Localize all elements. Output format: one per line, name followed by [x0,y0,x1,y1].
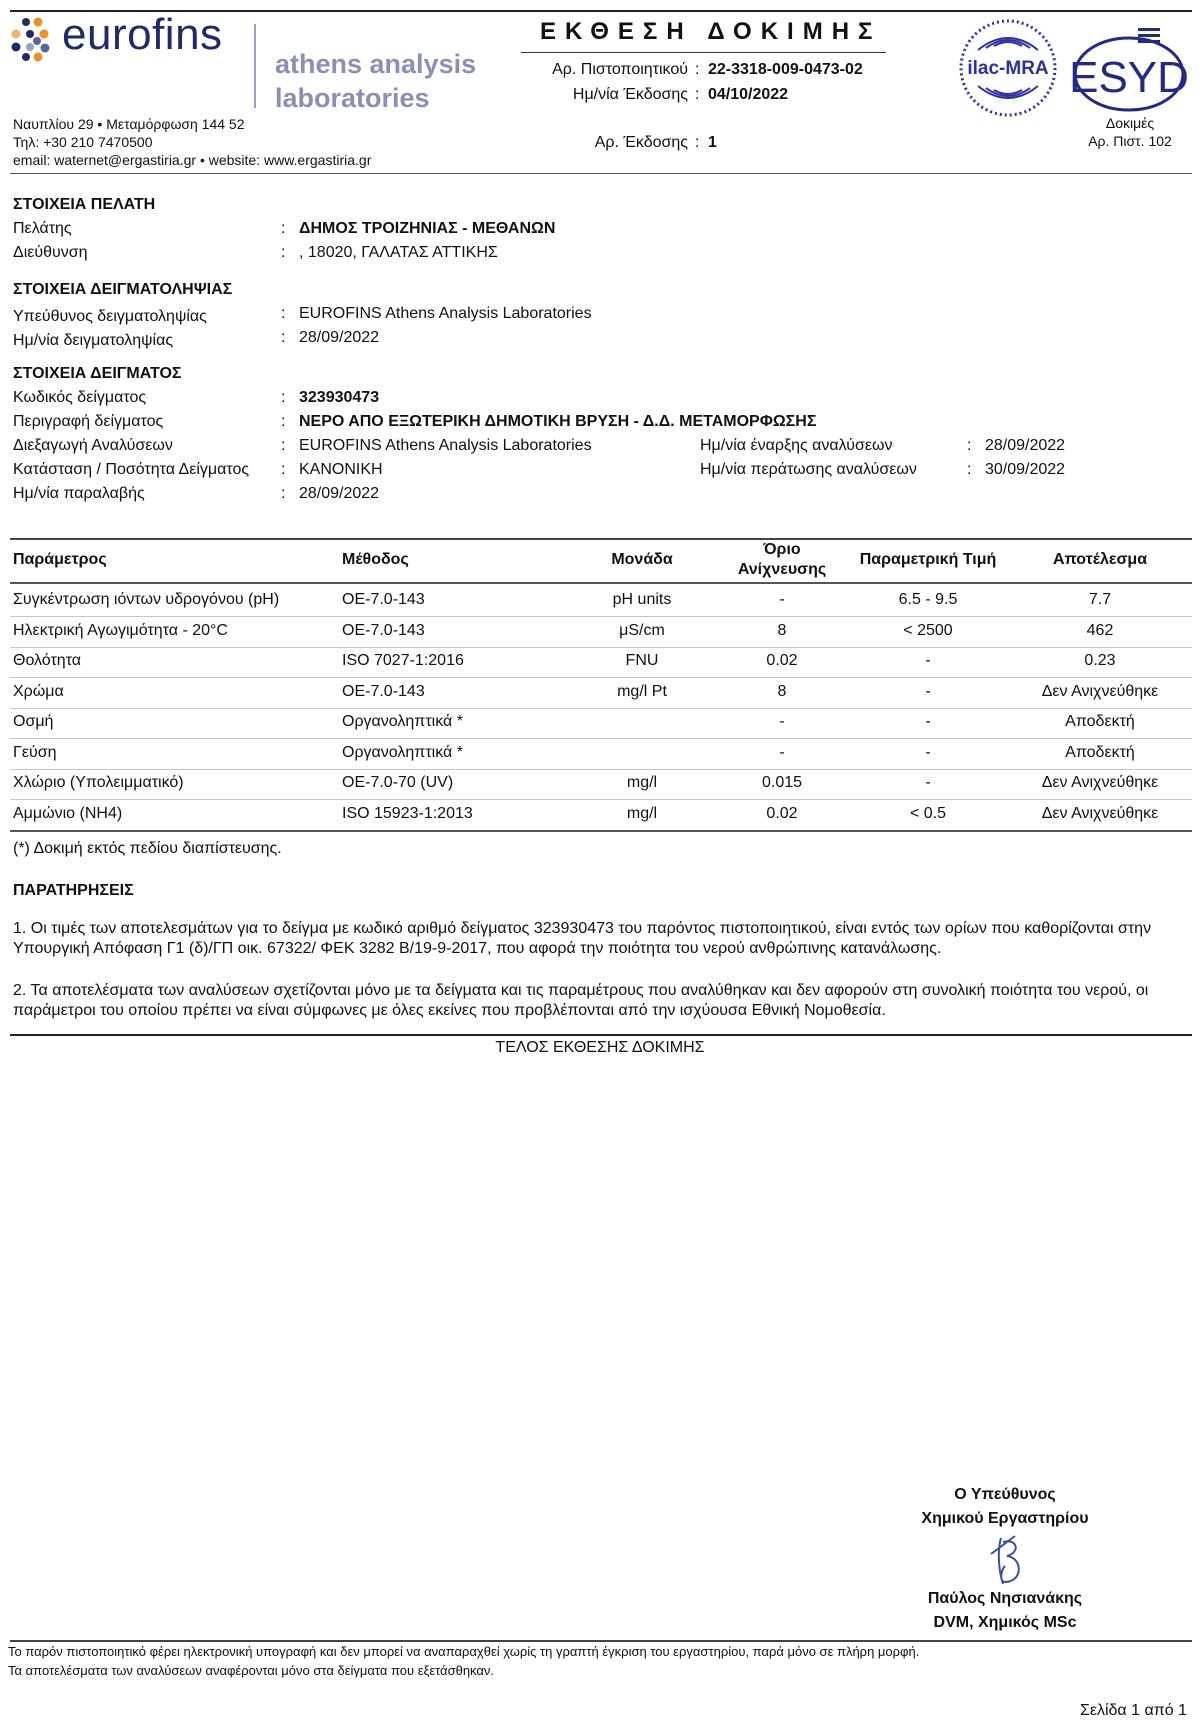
footer-rule [10,1640,1192,1642]
colon: : [695,134,699,152]
cell-parametric-value: 6.5 - 9.5 [848,591,1008,609]
cell-parametric-value: - [848,774,1008,792]
sampling-section-title: ΣΤΟΙΧΕΙΑ ΔΕΙΓΜΑΤΟΛΗΨΙΑΣ [13,281,232,299]
col-header-parametric: Παραμετρική Τιμή [848,551,1008,569]
issue-date-label: Ημ/νία Έκδοσης [480,86,688,104]
logo-divider [254,24,256,108]
lab-contact: email: waternet@ergastiria.gr • website:… [13,151,371,169]
receipt-date-value: 28/09/2022 [299,485,379,503]
sampling-date-label: Ημ/νία δειγματοληψίας [13,332,173,350]
cell-detection-limit: 0.02 [722,805,842,823]
colon: : [281,437,285,455]
eurofins-logo: eurofins [10,14,230,64]
cell-method: OE-7.0-143 [342,683,572,701]
cell-parameter: Χρώμα [13,683,333,701]
receipt-date-label: Ημ/νία παραλαβής [13,485,145,503]
accreditation-line2: Αρ. Πιστ. 102 [1075,133,1185,149]
signatory-credentials: DVM, Χημικός MSc [880,1614,1130,1632]
analysis-end-label: Ημ/νία περάτωσης αναλύσεων [700,461,917,479]
sample-section-title: ΣΤΟΙΧΕΙΑ ΔΕΙΓΜΑΤΟΣ [13,365,182,383]
accreditation-line1: Δοκιμές [1080,115,1180,131]
cell-result: 0.23 [1020,652,1180,670]
colon: : [695,86,699,104]
remarks-bottom-rule [10,1034,1192,1036]
cell-parameter: Αμμώνιο (NH4) [13,805,333,823]
cell-detection-limit: 0.02 [722,652,842,670]
remark-2: 2. Τα αποτελέσματα των αναλύσεων σχετίζο… [13,981,1193,1021]
col-header-lod-line1: Όριο [722,541,842,559]
lab-name-line2: laboratories [275,82,430,115]
issue-date: 04/10/2022 [708,86,788,104]
lab-name-line1: athens analysis [275,48,476,81]
cell-unit: mg/l [582,774,702,792]
col-header-result: Αποτέλεσμα [1020,551,1180,569]
cell-parameter: Οσμή [13,713,333,731]
colon: : [281,220,285,238]
colon: : [281,389,285,407]
cell-parametric-value: - [848,652,1008,670]
issue-no: 1 [708,134,717,152]
remark-1: 1. Οι τιμές των αποτελεσμάτων για το δεί… [13,919,1193,959]
cell-unit: FNU [582,652,702,670]
cell-unit: mg/l [582,805,702,823]
footer-disclaimer-2: Τα αποτελέσματα των αναλύσεων αναφέροντα… [8,1662,494,1680]
table-footnote: (*) Δοκιμή εκτός πεδίου διαπίστευσης. [13,840,282,858]
ilac-mra-logo: ilac-MRA [958,18,1058,118]
cell-parametric-value: - [848,744,1008,762]
row-divider [10,616,1192,617]
cell-parametric-value: - [848,713,1008,731]
sampler-value: EUROFINS Athens Analysis Laboratories [299,305,592,323]
colon: : [281,485,285,503]
cell-detection-limit: 8 [722,683,842,701]
certificate-no-label: Αρ. Πιστοποιητικού [480,61,688,79]
client-value: ΔΗΜΟΣ ΤΡΟΙΖΗΝΙΑΣ - ΜΕΘΑΝΩΝ [299,220,555,238]
sample-status-label: Κατάσταση / Ποσότητα Δείγματος [13,461,249,479]
footer-disclaimer-1: Το παρόν πιστοποιητικό φέρει ηλεκτρονική… [8,1643,919,1661]
title-underline [521,52,886,53]
cell-parameter: Θολότητα [13,652,333,670]
address-label: Διεύθυνση [13,244,88,262]
analysis-performed-label: Διεξαγωγή Αναλύσεων [13,437,173,455]
esyd-icon: ESYD [1072,24,1190,116]
svg-text:ESYD: ESYD [1072,53,1189,102]
cell-result: Δεν Ανιχνεύθηκε [1020,805,1180,823]
col-header-method: Μέθοδος [342,551,409,569]
signatory-role-line2: Χημικού Εργαστηρίου [880,1510,1130,1528]
cell-parameter: Χλώριο (Υπολειμματικό) [13,774,333,792]
analysis-end-value: 30/09/2022 [985,461,1065,479]
cell-method: Οργανοληπτικά * [342,744,572,762]
svg-text:ilac-MRA: ilac-MRA [967,58,1049,79]
colon: : [281,329,285,347]
colon: : [281,305,285,323]
colon: : [281,461,285,479]
remarks-title: ΠΑΡΑΤΗΡΗΣΕΙΣ [13,882,134,900]
signatory-role-line1: Ο Υπεύθυνος [880,1486,1130,1504]
cell-method: ISO 15923-1:2013 [342,805,572,823]
row-divider [10,738,1192,739]
client-section-title: ΣΤΟΙΧΕΙΑ ΠΕΛΑΤΗ [13,196,155,214]
cell-result: 462 [1020,622,1180,640]
client-label: Πελάτης [13,220,72,238]
row-divider [10,647,1192,648]
esyd-logo: ESYD [1072,24,1190,116]
cell-parametric-value: - [848,683,1008,701]
table-bottom-rule [10,830,1192,832]
signature-icon [983,1532,1033,1588]
cell-result: 7.7 [1020,591,1180,609]
sample-description-value: ΝΕΡΟ ΑΠΟ ΕΞΩΤΕΡΙΚΗ ΔΗΜΟΤΙΚΗ ΒΡΥΣΗ - Δ.Δ.… [299,413,816,431]
colon: : [967,461,971,479]
eurofins-dots-icon [10,16,54,62]
col-header-parameter: Παράμετρος [13,551,107,569]
cell-result: Αποδεκτή [1020,744,1180,762]
cell-detection-limit: - [722,744,842,762]
sampling-date-value: 28/09/2022 [299,329,379,347]
cell-result: Αποδεκτή [1020,713,1180,731]
analysis-start-value: 28/09/2022 [985,437,1065,455]
lab-phone: Τηλ: +30 210 7470500 [13,133,152,151]
analysis-start-label: Ημ/νία έναρξης αναλύσεων [700,437,893,455]
table-top-rule [10,538,1192,540]
cell-detection-limit: 8 [722,622,842,640]
brand-name: eurofins [62,10,223,60]
sample-code-label: Κωδικός δείγματος [13,389,146,407]
table-header-rule [10,582,1192,584]
colon: : [281,244,285,262]
cell-result: Δεν Ανιχνεύθηκε [1020,683,1180,701]
cell-parameter: Συγκέντρωση ιόντων υδρογόνου (pH) [13,591,333,609]
cell-unit: μS/cm [582,622,702,640]
cell-parametric-value: < 2500 [848,622,1008,640]
colon: : [967,437,971,455]
lab-address: Ναυπλίου 29 • Μεταμόρφωση 144 52 [13,115,245,133]
row-divider [10,769,1192,770]
cell-method: OE-7.0-70 (UV) [342,774,572,792]
cell-detection-limit: 0.015 [722,774,842,792]
cell-detection-limit: - [722,591,842,609]
cell-detection-limit: - [722,713,842,731]
cell-unit: pH units [582,591,702,609]
cell-result: Δεν Ανιχνεύθηκε [1020,774,1180,792]
cell-method: ISO 7027-1:2016 [342,652,572,670]
address-value: , 18020, ΓΑΛΑΤΑΣ ΑΤΤΙΚΗΣ [299,244,498,262]
col-header-unit: Μονάδα [582,551,702,569]
certificate-no: 22-3318-009-0473-02 [708,61,863,79]
cell-parametric-value: < 0.5 [848,805,1008,823]
cell-method: OE-7.0-143 [342,591,572,609]
cell-unit: mg/l Pt [582,683,702,701]
row-divider [10,708,1192,709]
end-of-report: ΤΕΛΟΣ ΕΚΘΕΣΗΣ ΔΟΚΙΜΗΣ [0,1039,1200,1057]
cell-method: Οργανοληπτικά * [342,713,572,731]
sample-code-value: 323930473 [299,389,379,407]
sampler-label: Υπεύθυνος δειγματοληψίας [13,308,207,326]
cell-parameter: Ηλεκτρική Αγωγιμότητα - 20°C [13,622,333,640]
row-divider [10,677,1192,678]
colon: : [695,61,699,79]
col-header-lod-line2: Ανίχνευσης [722,561,842,579]
sample-description-label: Περιγραφή δείγματος [13,413,163,431]
page-number: Σελίδα 1 από 1 [1080,1702,1187,1720]
cell-parameter: Γεύση [13,744,333,762]
analysis-performed-value: EUROFINS Athens Analysis Laboratories [299,437,592,455]
sample-status-value: ΚΑΝΟΝΙΚΗ [299,461,383,479]
ilac-mra-icon: ilac-MRA [958,18,1058,118]
header-bottom-rule [10,173,1192,174]
colon: : [281,413,285,431]
issue-no-label: Αρ. Έκδοσης [480,134,688,152]
signatory-name: Παύλος Νησιανάκης [880,1590,1130,1608]
cell-method: OE-7.0-143 [342,622,572,640]
row-divider [10,799,1192,800]
report-title: ΕΚΘΕΣΗ ΔΟΚΙΜΗΣ [540,18,881,46]
